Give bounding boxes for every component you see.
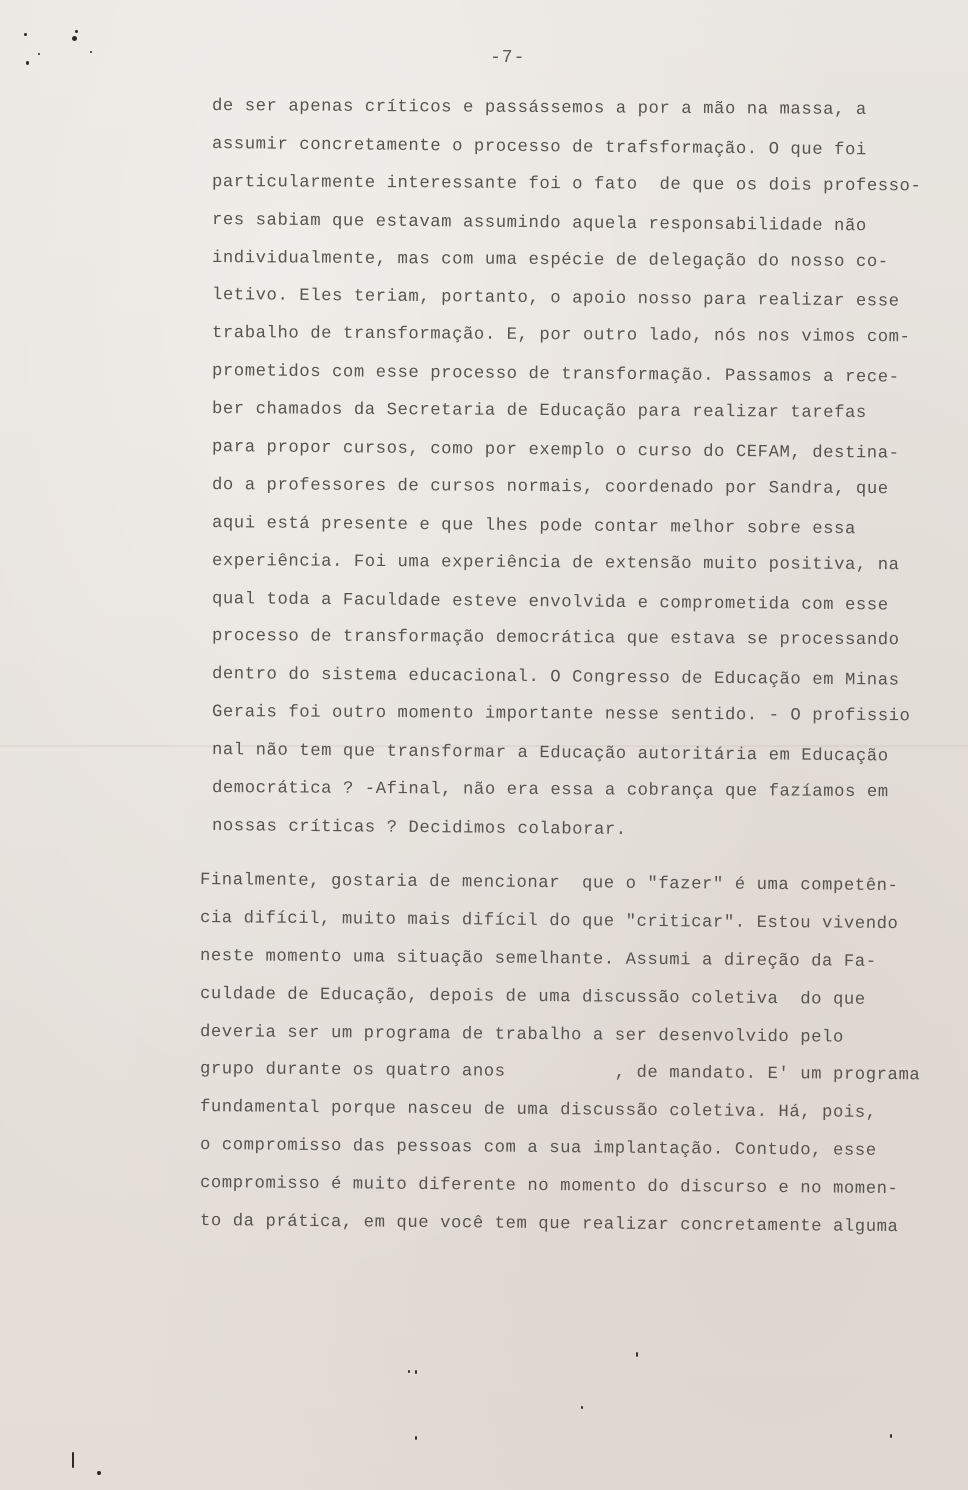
text-line: neste momento uma situação semelhante. A… (200, 938, 960, 983)
text-line: ber chamados da Secretaria de Educação p… (212, 391, 968, 434)
text-line: processo de transformação democrática qu… (212, 618, 968, 661)
paragraph-2: Finalmente, gostaria de mencionar que o … (200, 862, 960, 1241)
paper-speck (38, 53, 40, 55)
text-line: de ser apenas críticos e passássemos a p… (212, 88, 968, 131)
text-line: experiência. Foi uma experiência de exte… (212, 543, 968, 586)
paper-speck (581, 1406, 583, 1409)
text-line: nossas críticas ? Decidimos colaborar. (212, 808, 968, 853)
text-line: cia difícil, muito mais difícil do que "… (200, 900, 960, 945)
text-line: individualmente, mas com uma espécie de … (212, 240, 968, 283)
text-line: to da prática, em que você tem que reali… (200, 1203, 960, 1248)
paper-speck (26, 61, 29, 65)
page-number: -7- (490, 48, 525, 68)
paper-speck (636, 1352, 638, 1357)
paper-speck (415, 1370, 417, 1374)
text-line: democrática ? -Afinal, não era essa a co… (212, 770, 968, 813)
paper-speck (97, 1471, 101, 1475)
paper-speck (890, 1434, 892, 1438)
text-line: compromisso é muito diferente no momento… (200, 1165, 960, 1210)
scanned-page: -7- de ser apenas críticos e passássemos… (0, 0, 968, 1490)
text-line: culdade de Educação, depois de uma discu… (200, 976, 960, 1021)
text-line: Gerais foi outro momento importante ness… (212, 694, 968, 737)
paper-speck (90, 51, 92, 53)
paper-speck (72, 36, 77, 41)
paper-speck (408, 1370, 410, 1373)
text-line: do a professores de cursos normais, coor… (212, 467, 968, 510)
paper-speck (75, 30, 78, 33)
paper-speck (72, 1452, 74, 1468)
paper-speck (415, 1436, 417, 1440)
text-line: trabalho de transformação. E, por outro … (212, 315, 968, 358)
paper-speck (24, 33, 27, 36)
text-line: particularmente interessante foi o fato … (212, 164, 968, 207)
text-line: Finalmente, gostaria de mencionar que o … (200, 862, 960, 907)
paragraph-1: de ser apenas críticos e passássemos a p… (212, 88, 968, 846)
